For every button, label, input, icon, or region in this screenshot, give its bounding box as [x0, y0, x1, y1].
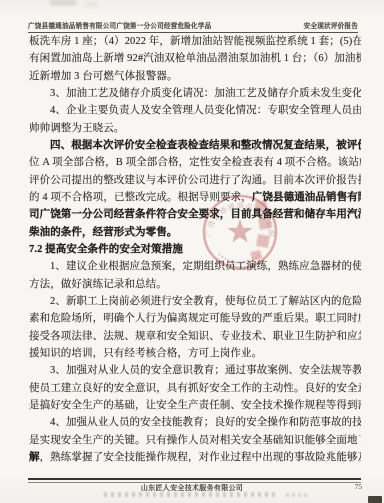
text-line: 1、建议企业根据应急预案，定期组织员工演练，熟练应急器材的使用 — [29, 258, 361, 275]
bleed-through-text — [286, 493, 308, 497]
text-line: 3、加油工艺及储存介质变化请况：加油工艺及储存介质未发生变化。 — [29, 85, 361, 102]
text-line: 7.2 提高安全条件的安全对策措施 — [29, 241, 361, 258]
text-line: 四、根据本次评价安全检查表检查结果和整改情况复查结果，被评价单 — [29, 137, 361, 154]
header-left-title: 广饶县德通油品销售有限公司广饶第一分公司经营危险化学品 — [28, 20, 211, 30]
text-line: 素和危险场所，明确个人行为偏离规定可能导致的严重后果。职工同时应该 — [29, 310, 361, 327]
scan-corner-mark — [368, 496, 382, 503]
text-line: 援知识的培训，只有经考核合格，方可上岗作业。 — [29, 345, 361, 362]
text-line: 近新增加 3 台可燃气体报警器。 — [29, 68, 361, 85]
text-line: 4、加强从业人员的安全技能教育；良好的安全操作和防范事故的技能， — [29, 414, 361, 431]
text-line: 司广饶第一分公司经营条件符合安全要求，目前具备经营和储存车用汽油、 — [29, 206, 361, 223]
text-line: 的 4 项不合格项，已整改完成。根据导则要求，广饶县德通油品销售有限公 — [29, 189, 361, 206]
bleed-through-text — [104, 492, 276, 497]
text-line: 4、企业主要负责人及安全管理人员变化情况：专职安全管理人员由燕 — [29, 102, 361, 119]
text-line: 2、新职工上岗前必须进行安全教育，使每位员工了解站区内的危险因 — [29, 293, 361, 310]
text-line: 是搞好安全生产的基础，让安全生产责任制、安全技术操作规程等得到落实。 — [29, 397, 361, 414]
document-body: 板洗车房 1 座；（4）2022 年，新增加油站智能视频监控系统 1 套；(5)… — [29, 33, 361, 466]
text-line: 评价公司提出的整改建议与本评价公司进行了沟通。目前本次评价报告提出 — [29, 172, 361, 189]
text-line: 帅帅调整为王晓云。 — [29, 120, 361, 137]
text-line: 板洗车房 1 座；（4）2022 年，新增加油站智能视频监控系统 1 套；(5)… — [29, 33, 361, 50]
text-line: 有闲置加油岛上新增 92#汽油双枪单油品潜油泵加油机 1 台；（6）加油机附 — [29, 50, 361, 67]
scan-smudge — [50, 0, 76, 5]
page-header: 广饶县德通油品销售有限公司广饶第一分公司经营危险化学品 安全现状评价报告 — [28, 20, 358, 33]
page-number: 75 — [355, 482, 363, 491]
scan-smudge — [86, 2, 97, 6]
text-line: 是实现安全生产的关键。只有操作人员对相关安全基础知识能够全面地了 — [29, 432, 361, 449]
company-seal: 广饶县德通油品销售有限公司 — [197, 185, 283, 275]
text-line: 解，熟练掌握了安全技能操作规程，对作业过程中出现的事故险兆能够及时 — [29, 449, 361, 466]
text-line: 柴油的条件，经营形式为零售。 — [29, 224, 361, 241]
text-line: 3、加强对从业人员的安全意识教育；通过事故案例、安全法规等教育， — [29, 362, 361, 379]
star-icon — [228, 219, 253, 243]
text-line: 使员工建立良好的安全意识，具有抓好安全工作的主动性。良好的安全意识 — [29, 380, 361, 397]
text-line: 接受各项法律、法规、规章和安全知识、专业技术、职业卫生防护和应急救 — [29, 328, 361, 345]
text-line: 位 A 项全部合格，B 项全部合格，定性安全检查表有 4 项不合格。该站就本 — [29, 154, 361, 171]
header-right-title: 安全现状评价报告 — [304, 20, 358, 30]
text-line: 方法，做好演练记录和总结。 — [29, 276, 361, 293]
scanned-document-page: 广饶县德通油品销售有限公司广饶第一分公司经营危险化学品 安全现状评价报告 板洗车… — [0, 0, 384, 503]
